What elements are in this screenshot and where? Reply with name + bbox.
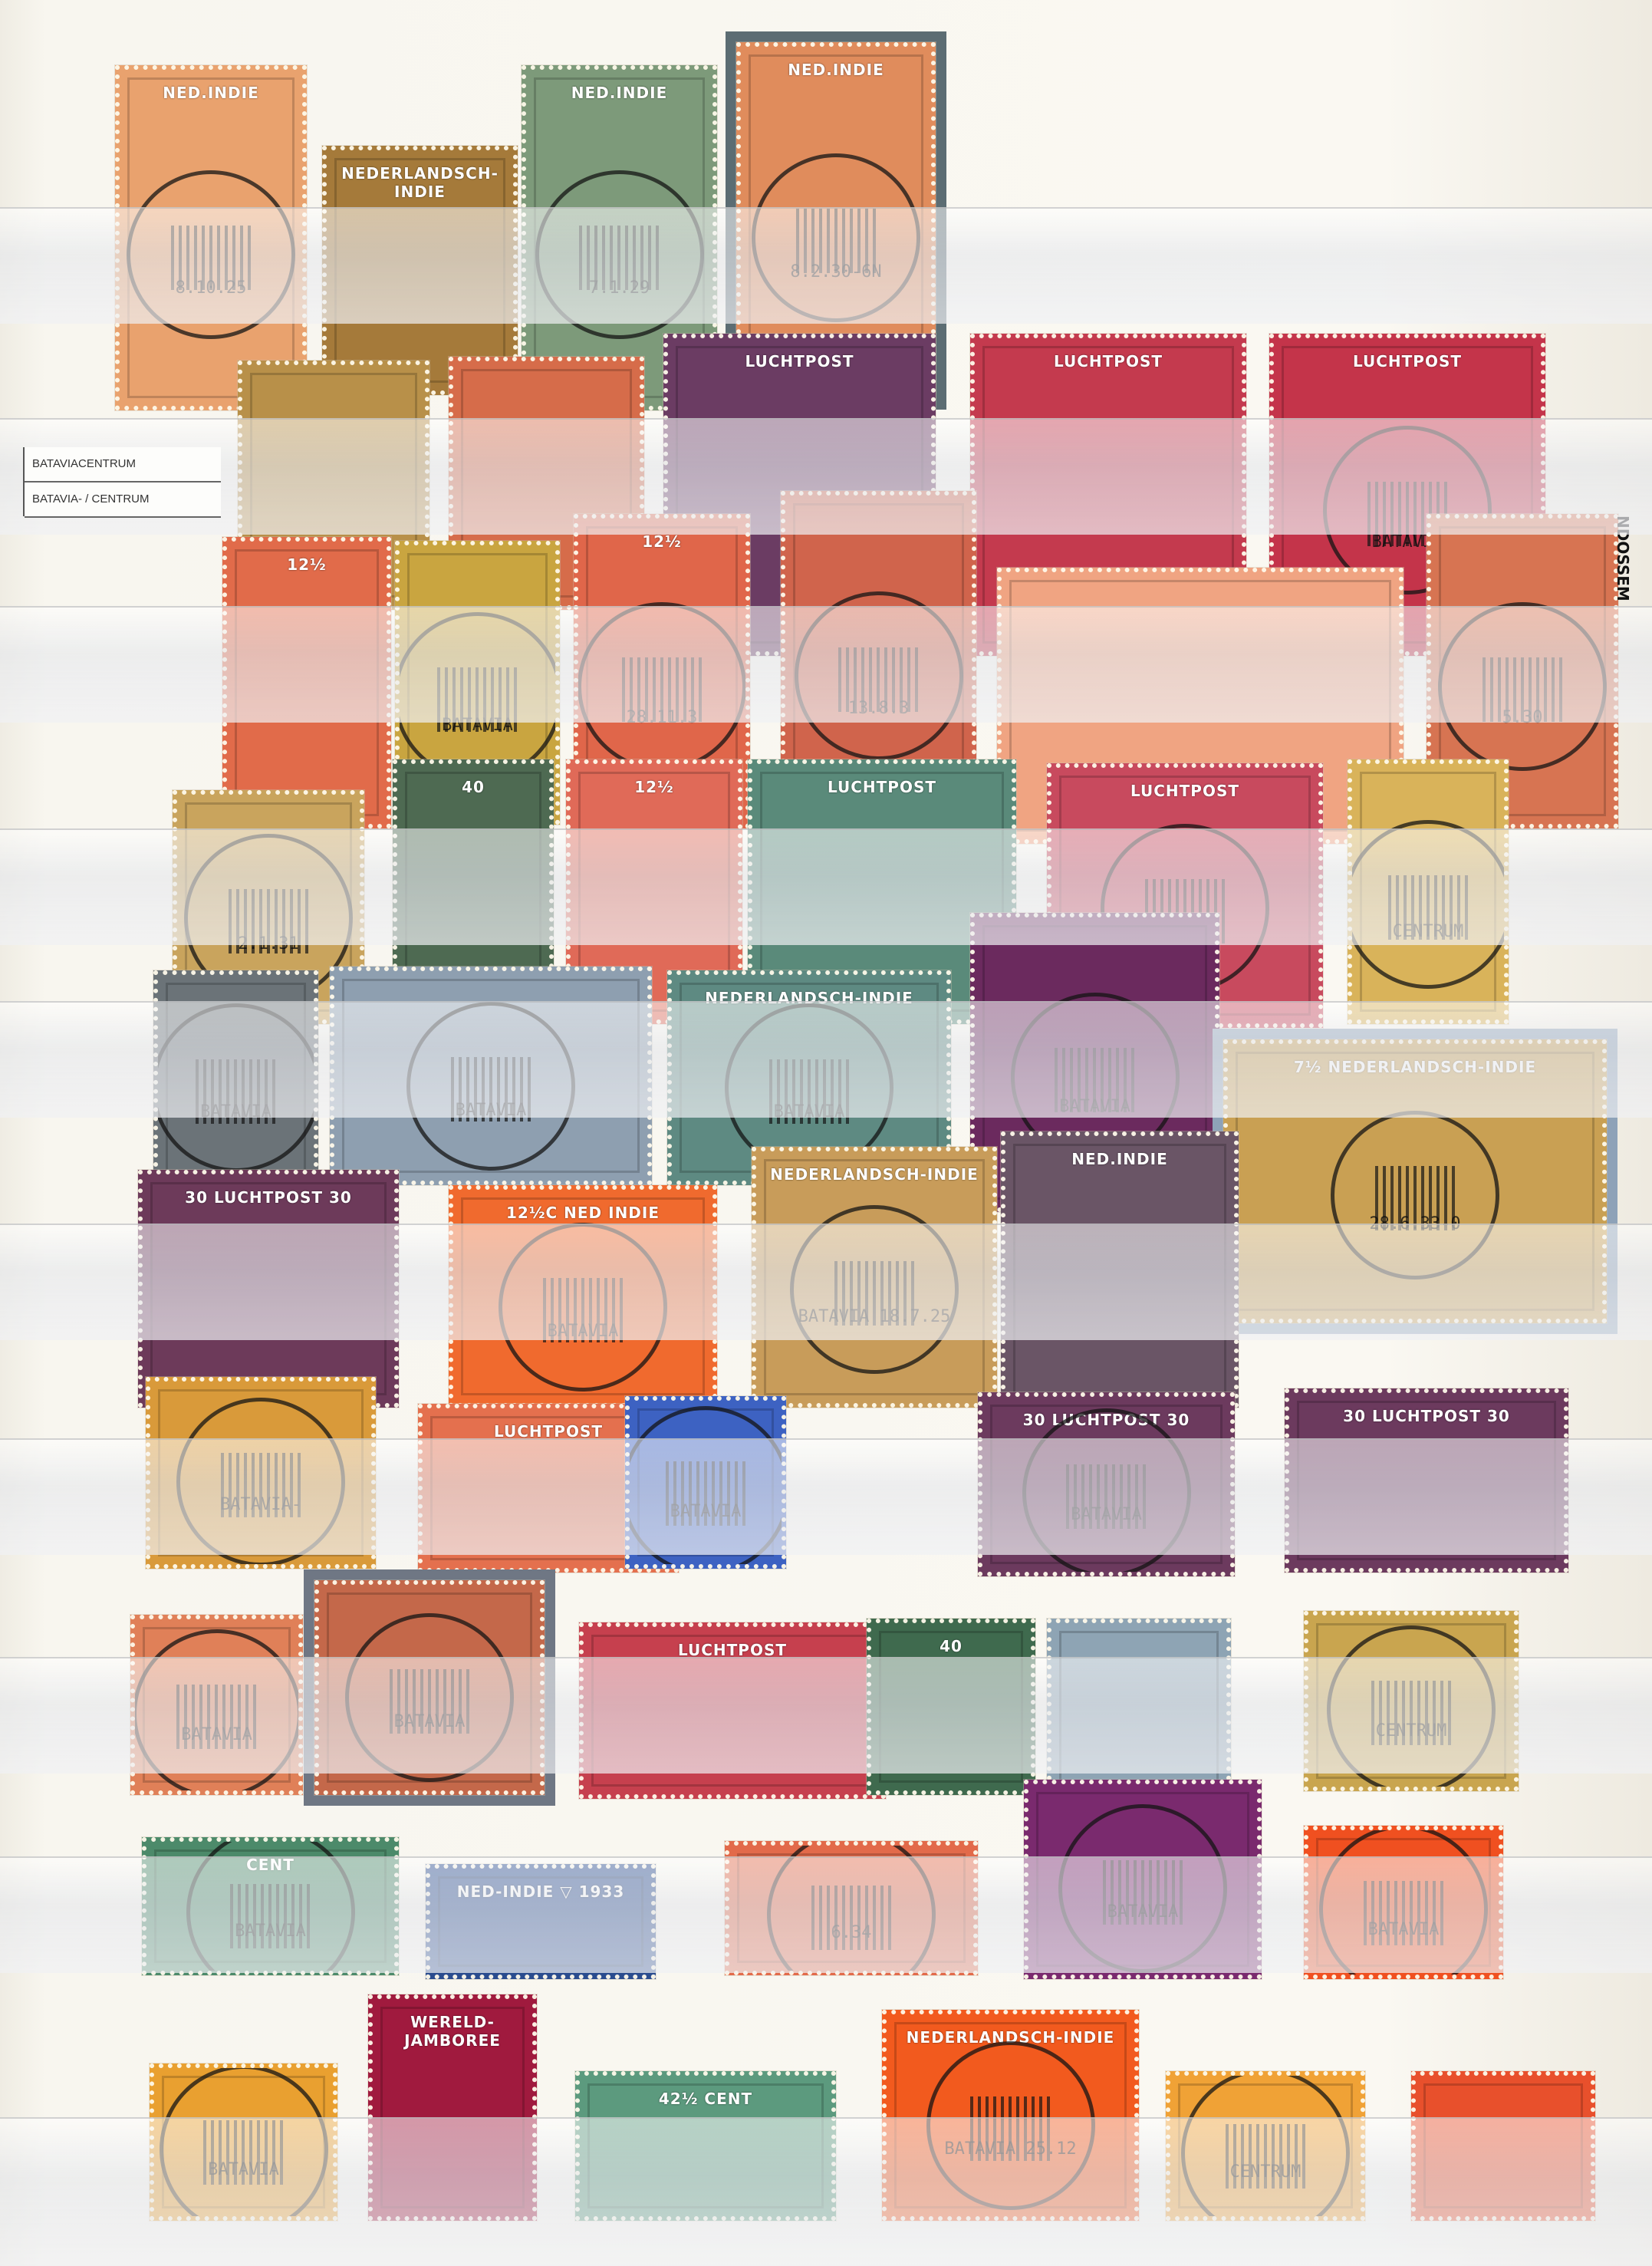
postmark-text: BATAVIA 18.7.25 [756,1307,992,1326]
postmark-icon [1022,1408,1191,1576]
location-label-card: BATAVIACENTRUM BATAVIA- / CENTRUM [23,447,221,516]
postmark-text: BATAVIA [135,1725,298,1744]
stamp-airmail-overprint: 6.34 [725,1841,978,1975]
stamp-pictorial: BATAVIA [1304,1826,1503,1979]
postmark-text: BATAVIA [158,1102,314,1121]
postmark-icon [395,612,560,781]
stamp-frame [235,549,379,816]
postmark-icon [1331,1111,1499,1280]
stamp-inscription: 30 LUCHTPOST 30 [1289,1407,1564,1425]
stamp-pictorial: NEDERLANDSCH-INDIEBATAVIA 25.12 [882,2010,1139,2221]
stamp-inscription: LUCHTPOST [1051,782,1318,800]
stamp-inscription: 40 [871,1637,1031,1655]
stamp-numeral [1047,1619,1231,1799]
postmark-text: BATAVIA [334,1101,647,1120]
stamp-inscription: NED.INDIE [1005,1150,1234,1168]
stamp-numeral: BATAVIA [330,967,652,1185]
postmark-text: BATAVIA [630,1502,782,1521]
postmark-text: CENTRUM [1308,1721,1514,1741]
postmark-icon [795,591,963,760]
postmark-text: BATAVIA [154,2160,333,2179]
stamp-queen-wilhelmina: BATAVIA- [146,1377,376,1569]
stamp-numeral: BATAVIA [153,970,318,1185]
stamp-inscription: WERELD-JAMBOREE [373,2013,532,2050]
label-line-2: BATAVIA- / CENTRUM [25,483,221,518]
postmark-text: CENTRUM [1170,2162,1361,2182]
postmark-text: 28.11.3 [578,708,745,727]
stamp-inscription: NED.INDIE [526,84,712,102]
postmark-icon [1438,602,1607,771]
stamp-queen-wilhelmina: 12½C NED INDIEBATAVIA [449,1185,717,1408]
postmark-text: BATAVIA [1028,1902,1257,1922]
stamp-queen-wilhelmina: BATAVIA [150,2063,337,2221]
postmark-icon [1327,1625,1496,1791]
stamp-inscription: NED.INDIE [741,61,931,79]
stamp-numeral: BATAVIA [314,1580,545,1795]
stamp-inscription: 12½C NED INDIE [453,1204,712,1222]
stamp-inscription: NED.INDIE [120,84,302,102]
stamp-pictorial: BATAVIA [625,1396,786,1569]
stamp-inscription: LUCHTPOST [668,352,931,371]
stamp-inscription: 40 [397,778,549,796]
postmark-icon [926,2041,1095,2210]
postmark-text: 6.34 [729,1923,973,1942]
label-line-1: BATAVIACENTRUM [25,447,221,483]
postmark-text: 8.2.30-6N [741,262,931,282]
stamp-inscription: LUCHTPOST [975,352,1242,371]
stamp-queen-wilhelmina: NED.INDIE8.10.25 [115,65,307,410]
postmark-icon [767,1841,936,1975]
postmark-icon [176,1398,345,1566]
postmark-icon [1348,820,1509,989]
postmark-icon [1319,1826,1488,1979]
postmark-icon [127,170,295,339]
stamp-inscription: 30 LUCHTPOST 30 [143,1188,394,1207]
postmark-text: BATAVIA [319,1712,540,1731]
postmark-icon [578,602,746,771]
postmark-icon [406,1002,575,1171]
stamp-frame [1059,1631,1219,1787]
postmark-text: 7.1.29 [526,278,712,298]
stamp-block-of-four: 7½ NEDERLANDSCH-INDIE28.6.33-0 [1223,1039,1607,1323]
stamp-dancer: 40 [867,1619,1035,1795]
postmark-icon [153,1003,318,1172]
postmark-text: BATAVIA [453,1322,712,1341]
postmark-text: BATAVIA [146,1922,394,1941]
postmark-text: BATAVIA [975,1097,1215,1116]
stamp-inscription: 42½ CENT [580,2090,831,2108]
postmark-text: CENTRUM [1352,922,1504,941]
stamp-inscription: NEDERLANDSCH-INDIE [327,164,513,201]
stamp-inscription: LUCHTPOST [584,1641,881,1659]
postmark-text: BATAVIA [672,1102,946,1121]
stamp-inscription: NED-INDIE ▽ 1933 [430,1882,651,1901]
stamp-airmail-eagle: 30 LUCHTPOST 30 [138,1170,399,1408]
postmark-text: BATAVIA [982,1505,1230,1524]
stockbook-page: BATAVIACENTRUM BATAVIA- / CENTRUM NDOSSE… [0,0,1652,2266]
postmark-icon [535,170,704,339]
stamp-frame [1423,2083,1583,2208]
stamp-airmail-overprint: CENTBATAVIA [142,1837,399,1975]
postmark-icon [499,1223,667,1392]
postmark-text: BATAVIA- [150,1495,371,1514]
postmark-text: BATAVIA 25.12 [887,2139,1134,2159]
postmark-icon [1181,2071,1350,2221]
stamp-queen-wilhelmina: NED.INDIE [1001,1131,1239,1408]
stamp-numeral: NEDERLANDSCH-INDIEBATAVIA 18.7.25 [752,1147,997,1408]
stamp-inscription: NEDERLANDSCH-INDIE [756,1165,992,1184]
stamp-queen-wilhelmina: CENTRUM [1166,2071,1365,2221]
postmark-icon [345,1613,514,1782]
postmark-icon [790,1205,959,1374]
stamp-commemorative: WERELD-JAMBOREE [368,1994,537,2221]
postmark-text: BATAVIA [400,716,555,735]
postmark-text: 2.1.31 [177,934,360,953]
stamp-numeral: CENTRUM [1348,759,1509,1024]
stamp-airmail-overprint: 42½ CENT [575,2071,836,2221]
stamp-inscription: LUCHTPOST [1274,352,1541,371]
stamp-inscription: 12½ [578,532,745,551]
postmark-text: 28.6.33-0 [1228,1214,1602,1233]
stamp-numeral: BATAVIA [130,1615,303,1795]
stamp-commemorative: NED-INDIE ▽ 1933 [426,1864,656,1979]
stamp-queen-wilhelmina: BATAVIA [1024,1780,1262,1979]
postmark-text: 8.10.25 [120,278,302,298]
stamp-inscription: LUCHTPOST [752,778,1012,796]
stamp-inscription: 7½ NEDERLANDSCH-INDIE [1228,1058,1602,1076]
postmark-text: 13.8.3 [785,699,972,718]
postmark-text: BATAVIA [1308,1920,1499,1939]
stamp-pictorial [1411,2071,1595,2221]
stamp-inscription: 12½ [571,778,738,796]
postmark-text: 5.30 [1431,708,1614,727]
stamp-airmail: LUCHTPOST [579,1622,886,1799]
stamp-airmail-eagle: 30 LUCHTPOST 30 [1285,1388,1568,1573]
stamp-frame [150,1182,387,1395]
postmark-icon [625,1406,786,1569]
sheet-margin-text: NDOSSEM [1609,515,1632,631]
stamp-numeral: CENTRUM [1304,1611,1519,1791]
stamp-dancer: 12½ [222,537,391,828]
postmark-icon [1058,1804,1227,1973]
stamp-frame [1013,1144,1226,1395]
stamp-inscription: 12½ [227,555,387,574]
postmark-icon [752,153,920,322]
postmark-icon [133,1629,301,1795]
postmark-icon [186,1837,355,1975]
stamp-airmail-eagle: 30 LUCHTPOST 30BATAVIA [978,1392,1235,1576]
